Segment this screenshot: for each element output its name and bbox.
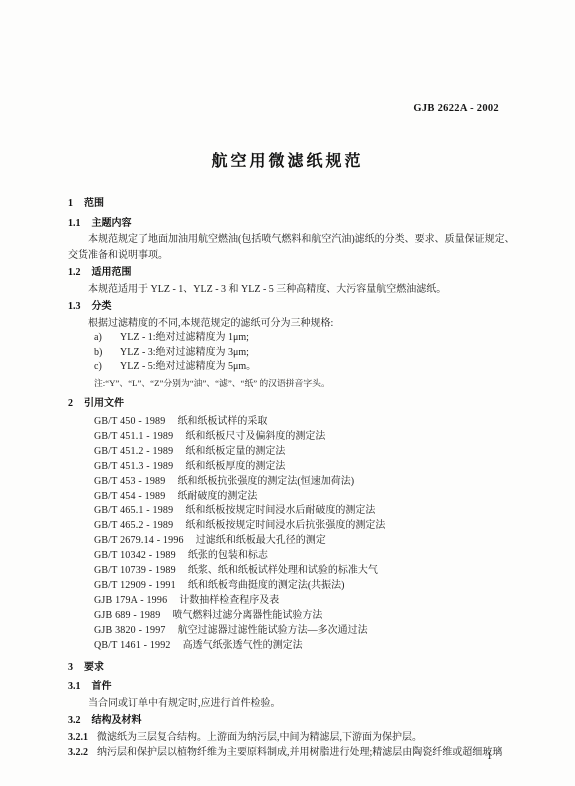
section-title: 范围 <box>84 198 104 209</box>
list-text: YLZ - 3:绝对过滤精度为 3μm; <box>120 347 249 358</box>
reference-item: GB/T 465.1 - 1989纸和纸板按规定时间浸水后耐破度的测定法 <box>68 504 520 519</box>
reference-title: 纸和纸板尺寸及偏斜度的测定法 <box>185 431 325 442</box>
reference-code: GB/T 10739 - 1989 <box>94 564 176 579</box>
reference-code: GB/T 453 - 1989 <box>94 475 165 490</box>
reference-title: 纸和纸板抗张强度的测定法(恒速加荷法) <box>177 476 354 487</box>
clause-number: 3.2.1 <box>68 732 88 743</box>
section-heading-references: 2引用文件 <box>68 396 520 412</box>
reference-title: 纸浆、纸和纸板试样处理和试验的标准大气 <box>188 565 378 576</box>
section-title: 主题内容 <box>92 218 132 229</box>
classification-item-c: c)YLZ - 5:绝对过滤精度为 5μm。 <box>68 360 520 375</box>
section-number: 2 <box>68 398 73 409</box>
reference-code: GJB 179A - 1996 <box>94 594 167 609</box>
reference-code: GB/T 450 - 1989 <box>94 415 165 430</box>
list-label: c) <box>94 360 120 375</box>
reference-item: QB/T 1461 - 1992高透气纸张透气性的测定法 <box>68 639 520 654</box>
section-title: 结构及材料 <box>92 715 142 726</box>
section-heading-applicability: 1.2适用范围 <box>68 265 520 281</box>
reference-title: 过滤纸和纸板最大孔径的测定 <box>196 535 326 546</box>
section-heading-classification: 1.3分类 <box>68 299 520 315</box>
reference-item: GB/T 12909 - 1991纸和纸板弯曲挺度的测定法(共振法) <box>68 579 520 594</box>
list-label: a) <box>94 331 120 346</box>
section-number: 1.3 <box>68 301 81 312</box>
section-heading-first-article: 3.1首件 <box>68 679 520 695</box>
reference-code: GJB 689 - 1989 <box>94 609 160 624</box>
classification-item-a: a)YLZ - 1:绝对过滤精度为 1μm; <box>68 331 520 346</box>
classification-item-b: b)YLZ - 3:绝对过滤精度为 3μm; <box>68 346 520 361</box>
page-number: 1 <box>487 751 492 762</box>
section-number: 3.1 <box>68 681 81 692</box>
section-number: 3.2 <box>68 715 81 726</box>
reference-title: 纸和纸板定量的测定法 <box>185 446 285 457</box>
reference-title: 纸和纸板厚度的测定法 <box>185 461 285 472</box>
reference-code: GB/T 451.2 - 1989 <box>94 445 173 460</box>
reference-item: GJB 179A - 1996计数抽样检查程序及表 <box>68 594 520 609</box>
section-heading-scope: 1范围 <box>68 196 520 212</box>
reference-item: GB/T 453 - 1989纸和纸板抗张强度的测定法(恒速加荷法) <box>68 475 520 490</box>
reference-item: GB/T 454 - 1989纸耐破度的测定法 <box>68 490 520 505</box>
reference-code: GB/T 2679.14 - 1996 <box>94 534 184 549</box>
section-number: 1 <box>68 198 73 209</box>
list-label: b) <box>94 346 120 361</box>
reference-code: GB/T 12909 - 1991 <box>94 579 176 594</box>
reference-list: GB/T 450 - 1989纸和纸板试样的采取 GB/T 451.1 - 19… <box>68 415 520 654</box>
reference-code: GB/T 465.2 - 1989 <box>94 519 173 534</box>
reference-item: GB/T 465.2 - 1989纸和纸板按规定时间浸水后抗张强度的测定法 <box>68 519 520 534</box>
classification-note: 注:“Y”、“L”、“Z”分别为“油”、“滤”、“纸” 的汉语拼音字头。 <box>68 377 520 390</box>
section-title: 首件 <box>92 681 112 692</box>
section-number: 1.2 <box>68 267 81 278</box>
reference-code: GB/T 451.3 - 1989 <box>94 460 173 475</box>
reference-item: GB/T 10342 - 1989纸张的包装和标志 <box>68 549 520 564</box>
clause-text: 纳污层和保护层以植物纤维为主要原料制成,并用树脂进行处理;精滤层由陶瓷纤维或超细… <box>97 747 502 758</box>
reference-title: 计数抽样检查程序及表 <box>179 595 279 606</box>
reference-code: GB/T 10342 - 1989 <box>94 549 176 564</box>
paragraph-applicability: 本规范适用于 YLZ - 1、YLZ - 3 和 YLZ - 5 三种高精度、大… <box>68 282 520 298</box>
reference-title: 纸张的包装和标志 <box>188 550 268 561</box>
reference-code: GB/T 465.1 - 1989 <box>94 504 173 519</box>
reference-item: GB/T 450 - 1989纸和纸板试样的采取 <box>68 415 520 430</box>
section-title: 分类 <box>92 301 112 312</box>
paragraph-first-article: 当合同或订单中有规定时,应进行首件检验。 <box>68 696 520 712</box>
reference-code: GB/T 454 - 1989 <box>94 490 165 505</box>
reference-item: GB/T 451.1 - 1989纸和纸板尺寸及偏斜度的测定法 <box>68 430 520 445</box>
reference-item: GJB 3820 - 1997航空过滤器过滤性能试验方法—多次通过法 <box>68 624 520 639</box>
reference-title: 纸耐破度的测定法 <box>177 491 257 502</box>
list-text: YLZ - 1:绝对过滤精度为 1μm; <box>120 332 249 343</box>
clause-text: 微滤纸为三层复合结构。上游面为纳污层,中间为精滤层,下游面为保护层。 <box>97 732 422 743</box>
reference-item: GB/T 10739 - 1989纸浆、纸和纸板试样处理和试验的标准大气 <box>68 564 520 579</box>
reference-title: 纸和纸板按规定时间浸水后耐破度的测定法 <box>185 505 375 516</box>
section-number: 1.1 <box>68 218 81 229</box>
reference-title: 纸和纸板试样的采取 <box>177 416 267 427</box>
section-title: 引用文件 <box>84 398 124 409</box>
section-title: 适用范围 <box>92 267 132 278</box>
reference-code: GJB 3820 - 1997 <box>94 624 166 639</box>
document-page: GJB 2622A - 2002 航空用微滤纸规范 1范围 1.1主题内容 本规… <box>0 0 575 786</box>
reference-item: GJB 689 - 1989喷气燃料过滤分离器性能试验方法 <box>68 609 520 624</box>
document-body: 1范围 1.1主题内容 本规范规定了地面加油用航空燃油(包括喷气燃料和航空汽油)… <box>68 196 520 761</box>
reference-title: 喷气燃料过滤分离器性能试验方法 <box>172 610 322 621</box>
reference-title: 纸和纸板按规定时间浸水后抗张强度的测定法 <box>185 520 385 531</box>
reference-title: 航空过滤器过滤性能试验方法—多次通过法 <box>178 625 368 636</box>
reference-title: 纸和纸板弯曲挺度的测定法(共振法) <box>188 580 345 591</box>
paragraph-subject: 本规范规定了地面加油用航空燃油(包括喷气燃料和航空汽油)滤纸的分类、要求、质量保… <box>68 232 520 263</box>
reference-code: QB/T 1461 - 1992 <box>94 639 171 654</box>
reference-title: 高透气纸张透气性的测定法 <box>183 640 303 651</box>
section-heading-requirements: 3要求 <box>68 660 520 676</box>
clause-3-2-1: 3.2.1微滤纸为三层复合结构。上游面为纳污层,中间为精滤层,下游面为保护层。 <box>68 730 520 746</box>
reference-item: GB/T 451.3 - 1989纸和纸板厚度的测定法 <box>68 460 520 475</box>
section-title: 要求 <box>84 662 104 673</box>
clause-3-2-2: 3.2.2纳污层和保护层以植物纤维为主要原料制成,并用树脂进行处理;精滤层由陶瓷… <box>68 745 520 761</box>
section-number: 3 <box>68 662 73 673</box>
list-text: YLZ - 5:绝对过滤精度为 5μm。 <box>120 361 256 372</box>
reference-item: GB/T 451.2 - 1989纸和纸板定量的测定法 <box>68 445 520 460</box>
document-title: 航空用微滤纸规范 <box>0 148 575 171</box>
paragraph-classification: 根据过滤精度的不同,本规范规定的滤纸可分为三种规格: <box>68 316 520 332</box>
clause-number: 3.2.2 <box>68 747 88 758</box>
section-heading-structure-materials: 3.2结构及材料 <box>68 713 520 729</box>
standard-number: GJB 2622A - 2002 <box>413 103 499 114</box>
reference-code: GB/T 451.1 - 1989 <box>94 430 173 445</box>
section-heading-subject: 1.1主题内容 <box>68 216 520 232</box>
reference-item: GB/T 2679.14 - 1996过滤纸和纸板最大孔径的测定 <box>68 534 520 549</box>
